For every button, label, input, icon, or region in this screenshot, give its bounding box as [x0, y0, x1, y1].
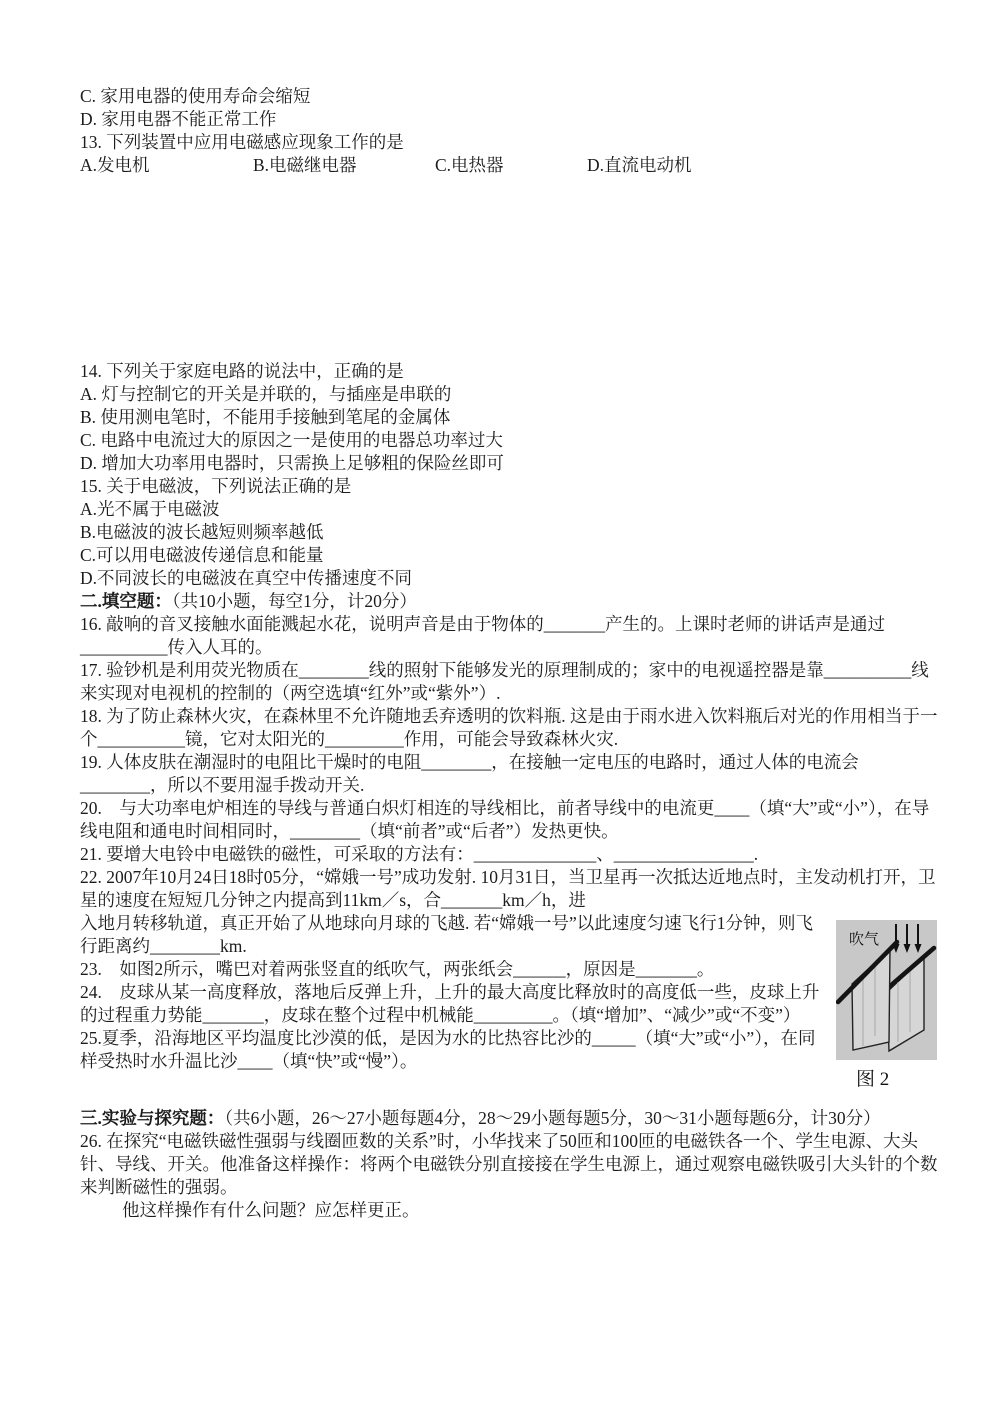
exam-paper-page: C. 家用电器的使用寿命会缩短 D. 家用电器不能正常工作 13. 下列装置中应… [0, 0, 1000, 1411]
q15-stem: 15. 关于电磁波，下列说法正确的是 [80, 475, 944, 498]
q13-option-c: C.电热器 [435, 154, 587, 177]
text-with-figure-row: 入地月转移轨道，真正开始了从地球向月球的飞越. 若“嫦娥一号”以此速度匀速飞行1… [80, 912, 944, 1091]
figure-side-text-column: 入地月转移轨道，真正开始了从地球向月球的飞越. 若“嫦娥一号”以此速度匀速飞行1… [80, 912, 822, 1073]
q15-option-a: A.光不属于电磁波 [80, 498, 944, 521]
q24: 24. 皮球从某一高度释放，落地后反弹上升，上升的最大高度比释放时的高度低一些，… [80, 981, 822, 1027]
blow-air-label: 吹气 [849, 931, 879, 948]
q20: 20. 与大功率电炉相连的导线与普通白炽灯相连的导线相比，前者导线中的电流更__… [80, 797, 944, 843]
q14-option-a: A. 灯与控制它的开关是并联的，与插座是串联的 [80, 383, 944, 406]
q22-part1: 22. 2007年10月24日18时05分，“嫦娥一号”成功发射. 10月31日… [80, 866, 944, 912]
figure-2: 吹气 图 2 [836, 920, 944, 1091]
q14-option-c: C. 电路中电流过大的原因之一是使用的电器总功率过大 [80, 429, 944, 452]
q25: 25.夏季，沿海地区平均温度比沙漠的低，是因为水的比热容比沙的_____（填“大… [80, 1027, 822, 1073]
q14-stem: 14. 下列关于家庭电路的说法中，正确的是 [80, 360, 944, 383]
q15-option-c: C.可以用电磁波传递信息和能量 [80, 544, 944, 567]
q23: 23. 如图2所示，嘴巴对着两张竖直的纸吹气，两张纸会______，原因是___… [80, 958, 822, 981]
fill-section-heading-note: （共10小题，每空1分，计20分） [172, 591, 417, 611]
q26: 26. 在探究“电磁铁磁性强弱与线圈匝数的关系”时，小华找来了50匝和100匝的… [80, 1130, 944, 1199]
q19: 19. 人体皮肤在潮湿时的电阻比干燥时的电阻________，在接触一定电压的电… [80, 751, 944, 797]
q13-option-a: A.发电机 [80, 154, 253, 177]
q26-followup: 他这样操作有什么问题？应怎样更正。 [80, 1199, 944, 1222]
figure-column: 吹气 图 2 [822, 912, 944, 1091]
q14-option-d: D. 增加大功率用电器时，只需换上足够粗的保险丝即可 [80, 452, 944, 475]
q13-stem: 13. 下列装置中应用电磁感应现象工作的是 [80, 131, 944, 154]
q17: 17. 验钞机是利用荧光物质在________线的照射下能够发光的原理制成的；家… [80, 659, 944, 705]
removed-figure-blank-region [80, 177, 944, 360]
q22-part2: 入地月转移轨道，真正开始了从地球向月球的飞越. 若“嫦娥一号”以此速度匀速飞行1… [80, 912, 822, 958]
experiment-section-heading: 三.实验与探究题：（共6小题，26～27小题每题4分，28～29小题每题5分，3… [80, 1107, 944, 1130]
q15-option-b: B.电磁波的波长越短则频率越低 [80, 521, 944, 544]
q13-option-d: D.直流电动机 [587, 154, 692, 177]
page-content: C. 家用电器的使用寿命会缩短 D. 家用电器不能正常工作 13. 下列装置中应… [80, 85, 944, 1222]
paper-blowing-illustration: 吹气 [836, 920, 937, 1060]
q12-option-c: C. 家用电器的使用寿命会缩短 [80, 85, 944, 108]
q21: 21. 要增大电铃中电磁铁的磁性，可采取的方法有：______________、… [80, 843, 944, 866]
q12-option-d: D. 家用电器不能正常工作 [80, 108, 944, 131]
fill-section-heading: 二.填空题：（共10小题，每空1分，计20分） [80, 590, 944, 613]
fill-section-heading-title: 二.填空题： [80, 591, 172, 611]
q16: 16. 敲响的音叉接触水面能溅起水花，说明声音是由于物体的_______产生的。… [80, 613, 944, 659]
q18: 18. 为了防止森林火灾，在森林里不允许随地丢弃透明的饮料瓶. 这是由于雨水进入… [80, 705, 944, 751]
experiment-section-heading-title: 三.实验与探究题： [80, 1108, 224, 1128]
q13-options-row: A.发电机 B.电磁继电器 C.电热器 D.直流电动机 [80, 154, 944, 177]
experiment-section-heading-note: （共6小题，26～27小题每题4分，28～29小题每题5分，30～31小题每题6… [224, 1108, 880, 1128]
q15-option-d: D.不同波长的电磁波在真空中传播速度不同 [80, 567, 944, 590]
q13-option-b: B.电磁继电器 [253, 154, 435, 177]
figure-2-caption: 图 2 [836, 1068, 944, 1091]
q14-option-b: B. 使用测电笔时，不能用手接触到笔尾的金属体 [80, 406, 944, 429]
